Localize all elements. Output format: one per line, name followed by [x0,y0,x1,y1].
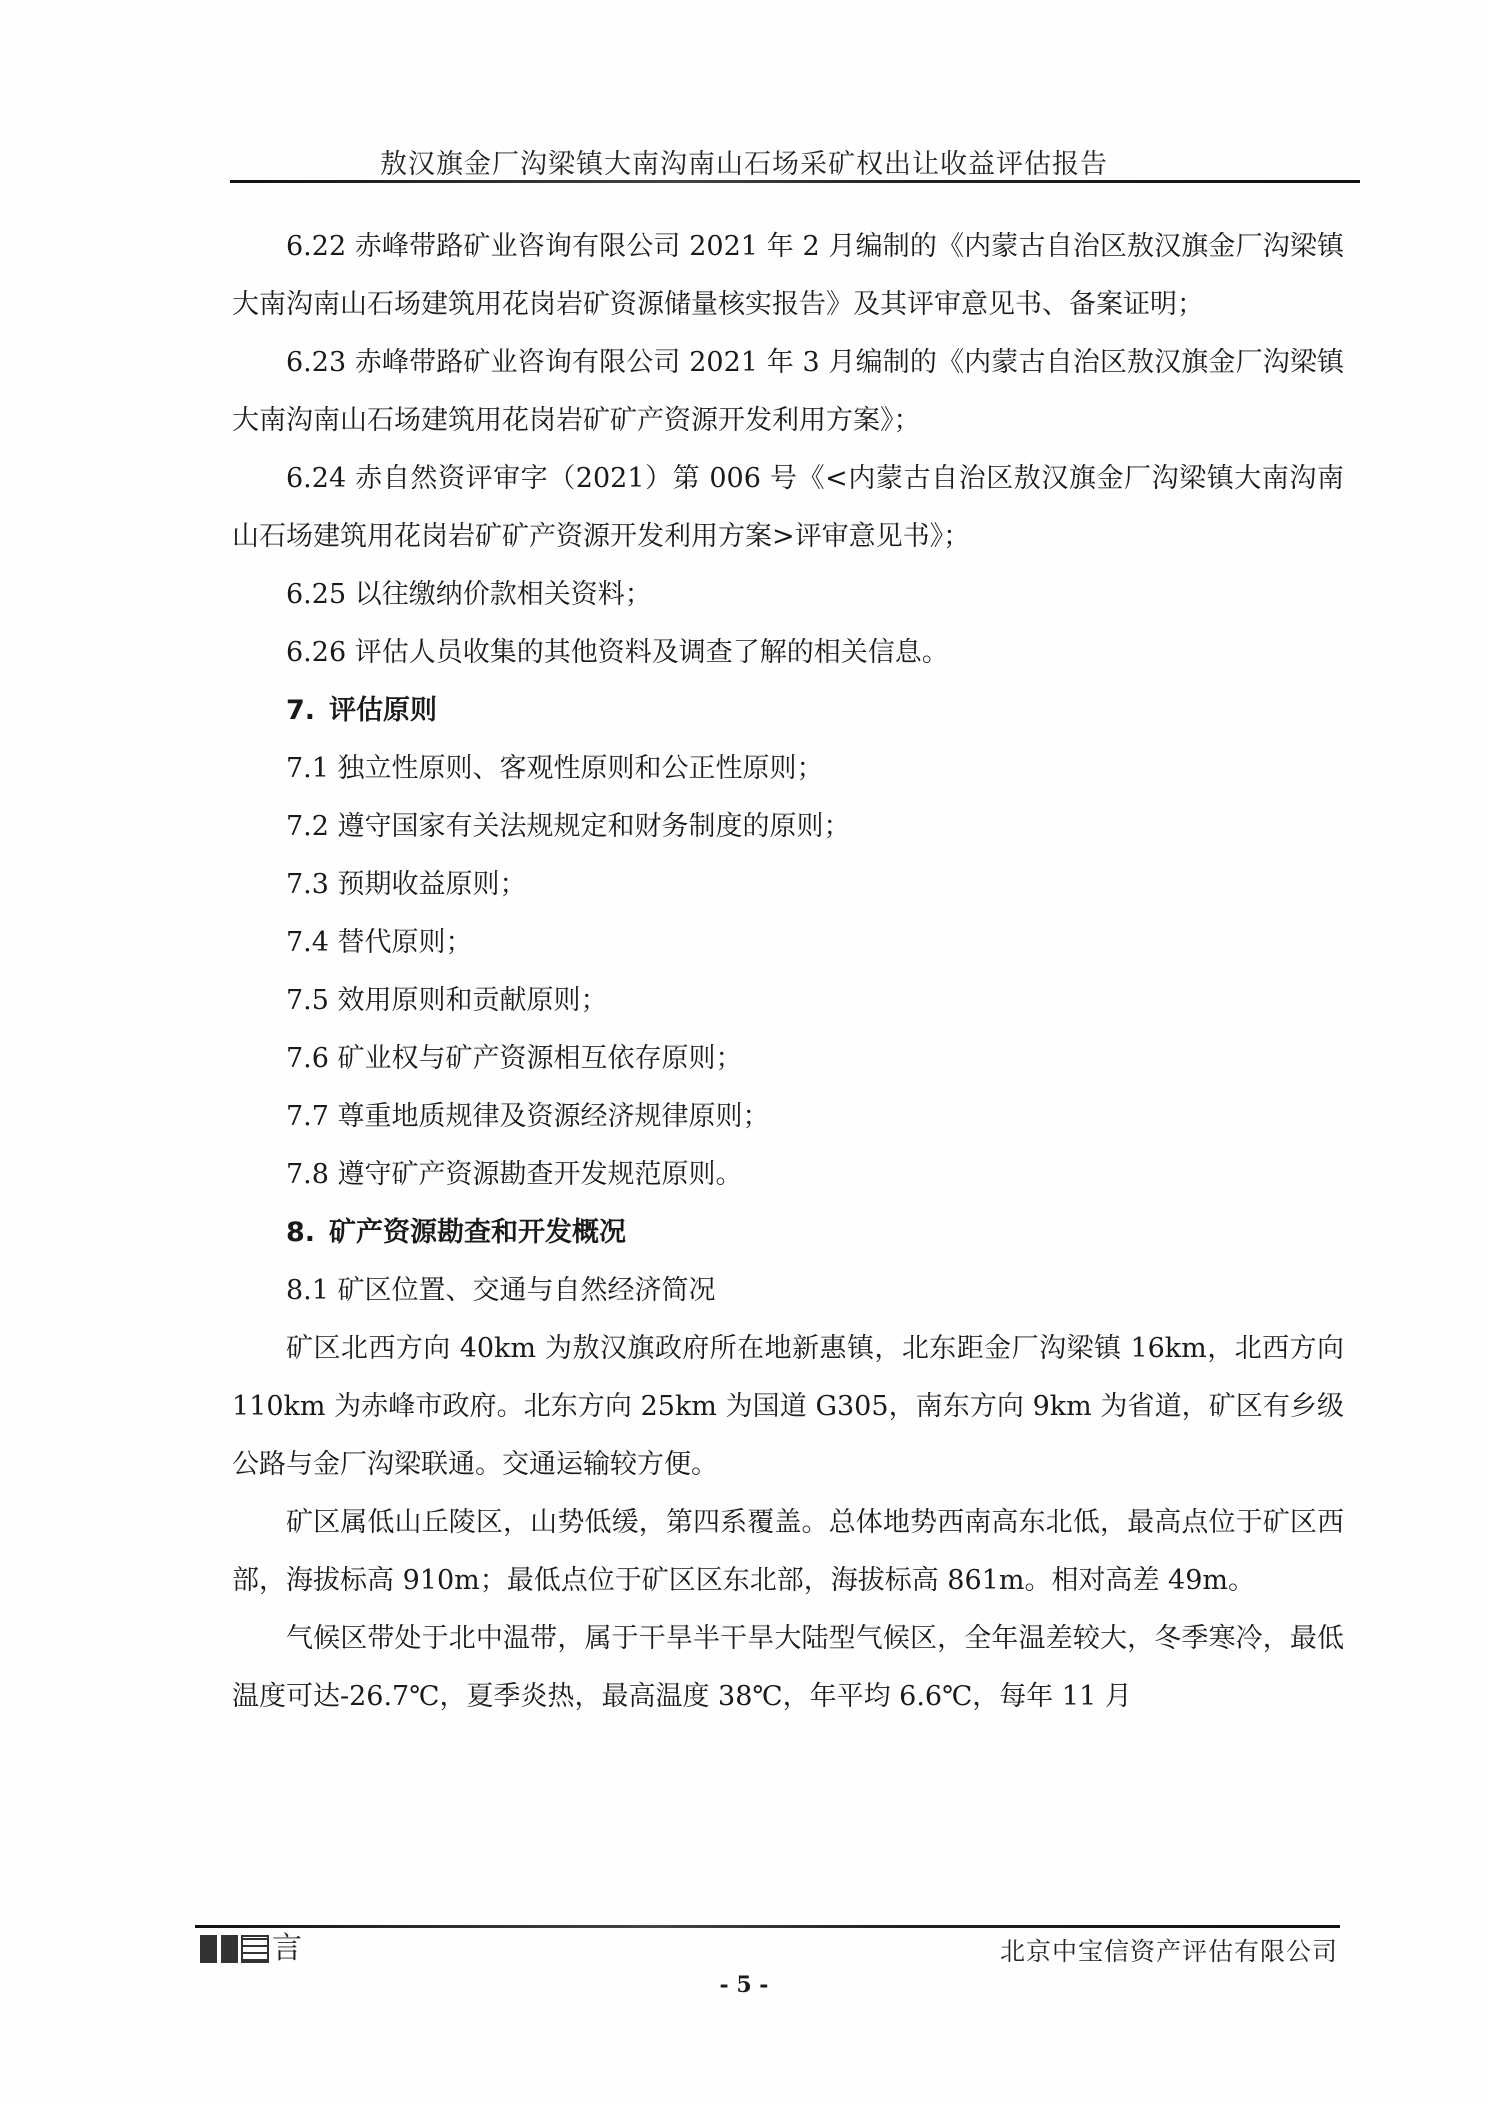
section-heading-principles: 7.评估原则 [232,682,1344,740]
reference-item: 6.22 赤峰带路矿业咨询有限公司 2021 年 2 月编制的《内蒙古自治区敖汉… [232,218,1344,334]
footer-divider [195,1925,1340,1928]
logo-grid-icon [241,1935,269,1963]
document-body: 6.22 赤峰带路矿业咨询有限公司 2021 年 2 月编制的《内蒙古自治区敖汉… [232,218,1344,1726]
principle-item: 7.7 尊重地质规律及资源经济规律原则； [232,1088,1344,1146]
body-paragraph: 矿区属低山丘陵区，山势低缓，第四系覆盖。总体地势西南高东北低，最高点位于矿区西部… [232,1494,1344,1610]
section-number: 7. [286,695,315,726]
principle-item: 7.4 替代原则； [232,914,1344,972]
section-title: 矿产资源勘查和开发概况 [329,1217,626,1248]
reference-item: 6.24 赤自然资评审字（2021）第 006 号《<内蒙古自治区敖汉旗金厂沟梁… [232,450,1344,566]
page-number: - 5 - [0,1972,1488,1998]
principle-item: 7.3 预期收益原则； [232,856,1344,914]
principle-item: 7.2 遵守国家有关法规规定和财务制度的原则； [232,798,1344,856]
body-paragraph: 气候区带处于北中温带，属于干旱半干旱大陆型气候区，全年温差较大，冬季寒冷，最低温… [232,1610,1344,1726]
reference-item: 6.26 评估人员收集的其他资料及调查了解的相关信息。 [232,624,1344,682]
body-paragraph: 矿区北西方向 40km 为敖汉旗政府所在地新惠镇，北东距金厂沟梁镇 16km，北… [232,1320,1344,1494]
reference-item: 6.25 以往缴纳价款相关资料； [232,566,1344,624]
logo-character: 言 [272,1935,302,1963]
principle-item: 7.5 效用原则和贡献原则； [232,972,1344,1030]
principle-item: 7.6 矿业权与矿产资源相互依存原则； [232,1030,1344,1088]
logo-block-icon [200,1935,238,1963]
report-header-title: 敖汉旗金厂沟梁镇大南沟南山石场采矿权出让收益评估报告 [0,142,1488,181]
reference-item: 6.23 赤峰带路矿业咨询有限公司 2021 年 3 月编制的《内蒙古自治区敖汉… [232,334,1344,450]
section-heading-overview: 8.矿产资源勘查和开发概况 [232,1204,1344,1262]
section-title: 评估原则 [329,695,437,726]
footer-company-name: 北京中宝信资产评估有限公司 [1000,1932,1338,1968]
principle-item: 7.1 独立性原则、客观性原则和公正性原则； [232,740,1344,798]
header-divider [230,180,1360,183]
company-logo-icon: 言 [200,1932,320,1966]
principle-item: 7.8 遵守矿产资源勘查开发规范原则。 [232,1146,1344,1204]
document-page: 敖汉旗金厂沟梁镇大南沟南山石场采矿权出让收益评估报告 6.22 赤峰带路矿业咨询… [0,0,1488,2104]
section-number: 8. [286,1217,315,1248]
subsection-heading: 8.1 矿区位置、交通与自然经济简况 [232,1262,1344,1320]
